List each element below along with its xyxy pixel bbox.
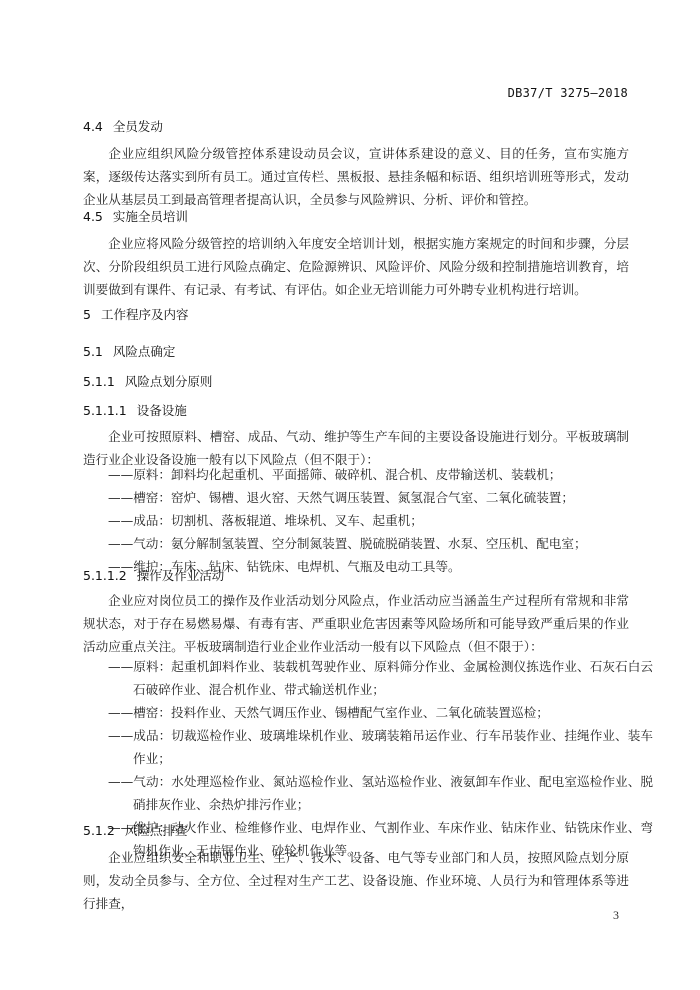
heading-title: 设备设施 bbox=[137, 403, 187, 418]
heading-4-5: 4.5实施全员培训 bbox=[83, 207, 188, 225]
paragraph-5-1-1-2: 企业应对岗位员工的操作及作业活动划分风险点，作业活动应当涵盖生产过程所有常规和非… bbox=[83, 589, 629, 658]
heading-4-4: 4.4全员发动 bbox=[83, 117, 163, 135]
heading-number: 5.1 bbox=[83, 344, 103, 359]
heading-number: 5.1.1.1 bbox=[83, 403, 127, 418]
heading-number: 5 bbox=[83, 307, 91, 322]
list-item: ——气动：氨分解制氢装置、空分制氮装置、脱硫脱硝装置、水泵、空压机、配电室； bbox=[108, 532, 653, 555]
paragraph-4-5: 企业应将风险分级管控的培训纳入年度安全培训计划，根据实施方案规定的时间和步骤，分… bbox=[83, 232, 629, 301]
heading-5-1: 5.1风险点确定 bbox=[83, 342, 175, 360]
page-number: 3 bbox=[613, 908, 619, 923]
heading-number: 5.1.1.2 bbox=[83, 568, 127, 583]
heading-title: 工作程序及内容 bbox=[101, 307, 189, 322]
list-item: ——原料：卸料均化起重机、平面摇筛、破碎机、混合机、皮带输送机、装载机； bbox=[108, 463, 653, 486]
paragraph-text: 企业应将风险分级管控的培训纳入年度安全培训计划，根据实施方案规定的时间和步骤，分… bbox=[83, 236, 629, 297]
list-item: ——槽窑：窑炉、锡槽、退火窑、天然气调压装置、氮氢混合气室、二氧化硫装置； bbox=[108, 486, 653, 509]
heading-number: 5.1.2 bbox=[83, 823, 115, 838]
heading-title: 风险点排查 bbox=[125, 823, 188, 838]
list-item: ——成品：切裁巡检作业、玻璃堆垛机作业、玻璃装箱吊运作业、行车吊装作业、挂绳作业… bbox=[108, 724, 653, 770]
heading-title: 实施全员培训 bbox=[113, 209, 188, 224]
heading-number: 5.1.1 bbox=[83, 374, 115, 389]
paragraph-text: 企业应组织安全和职业卫生、生产、技术、设备、电气等专业部门和人员，按照风险点划分… bbox=[83, 850, 629, 911]
heading-title: 操作及作业活动 bbox=[137, 568, 225, 583]
heading-5: 5工作程序及内容 bbox=[83, 305, 188, 323]
heading-number: 4.5 bbox=[83, 209, 103, 224]
heading-5-1-1: 5.1.1风险点划分原则 bbox=[83, 372, 212, 390]
paragraph-text: 企业应组织风险分级管控体系建设动员会议，宣讲体系建设的意义、目的任务，宣布实施方… bbox=[83, 146, 629, 207]
list-item: ——原料：起重机卸料作业、装载机驾驶作业、原料筛分作业、金属检测仪拣选作业、石灰… bbox=[108, 655, 653, 701]
heading-title: 全员发动 bbox=[113, 119, 163, 134]
document-code-header: DB37/T 3275—2018 bbox=[508, 86, 628, 100]
heading-5-1-1-2: 5.1.1.2操作及作业活动 bbox=[83, 566, 224, 584]
document-page: DB37/T 3275—2018 4.4全员发动 企业应组织风险分级管控体系建设… bbox=[0, 0, 700, 990]
paragraph-text: 企业可按照原料、槽窑、成品、气动、维护等生产车间的主要设备设施进行划分。平板玻璃… bbox=[83, 429, 629, 467]
list-item: ——成品：切割机、落板辊道、堆垛机、叉车、起重机； bbox=[108, 509, 653, 532]
list-item: ——槽窑：投料作业、天然气调压作业、锡槽配气室作业、二氧化硫装置巡检； bbox=[108, 701, 653, 724]
paragraph-5-1-2: 企业应组织安全和职业卫生、生产、技术、设备、电气等专业部门和人员，按照风险点划分… bbox=[83, 846, 629, 915]
heading-number: 4.4 bbox=[83, 119, 103, 134]
heading-title: 风险点确定 bbox=[113, 344, 176, 359]
paragraph-4-4: 企业应组织风险分级管控体系建设动员会议，宣讲体系建设的意义、目的任务，宣布实施方… bbox=[83, 142, 629, 211]
heading-5-1-1-1: 5.1.1.1设备设施 bbox=[83, 401, 187, 419]
paragraph-text: 企业应对岗位员工的操作及作业活动划分风险点，作业活动应当涵盖生产过程所有常规和非… bbox=[83, 593, 629, 654]
list-item: ——气动：水处理巡检作业、氮站巡检作业、氢站巡检作业、液氨卸车作业、配电室巡检作… bbox=[108, 770, 653, 816]
heading-5-1-2: 5.1.2风险点排查 bbox=[83, 821, 187, 839]
heading-title: 风险点划分原则 bbox=[125, 374, 213, 389]
